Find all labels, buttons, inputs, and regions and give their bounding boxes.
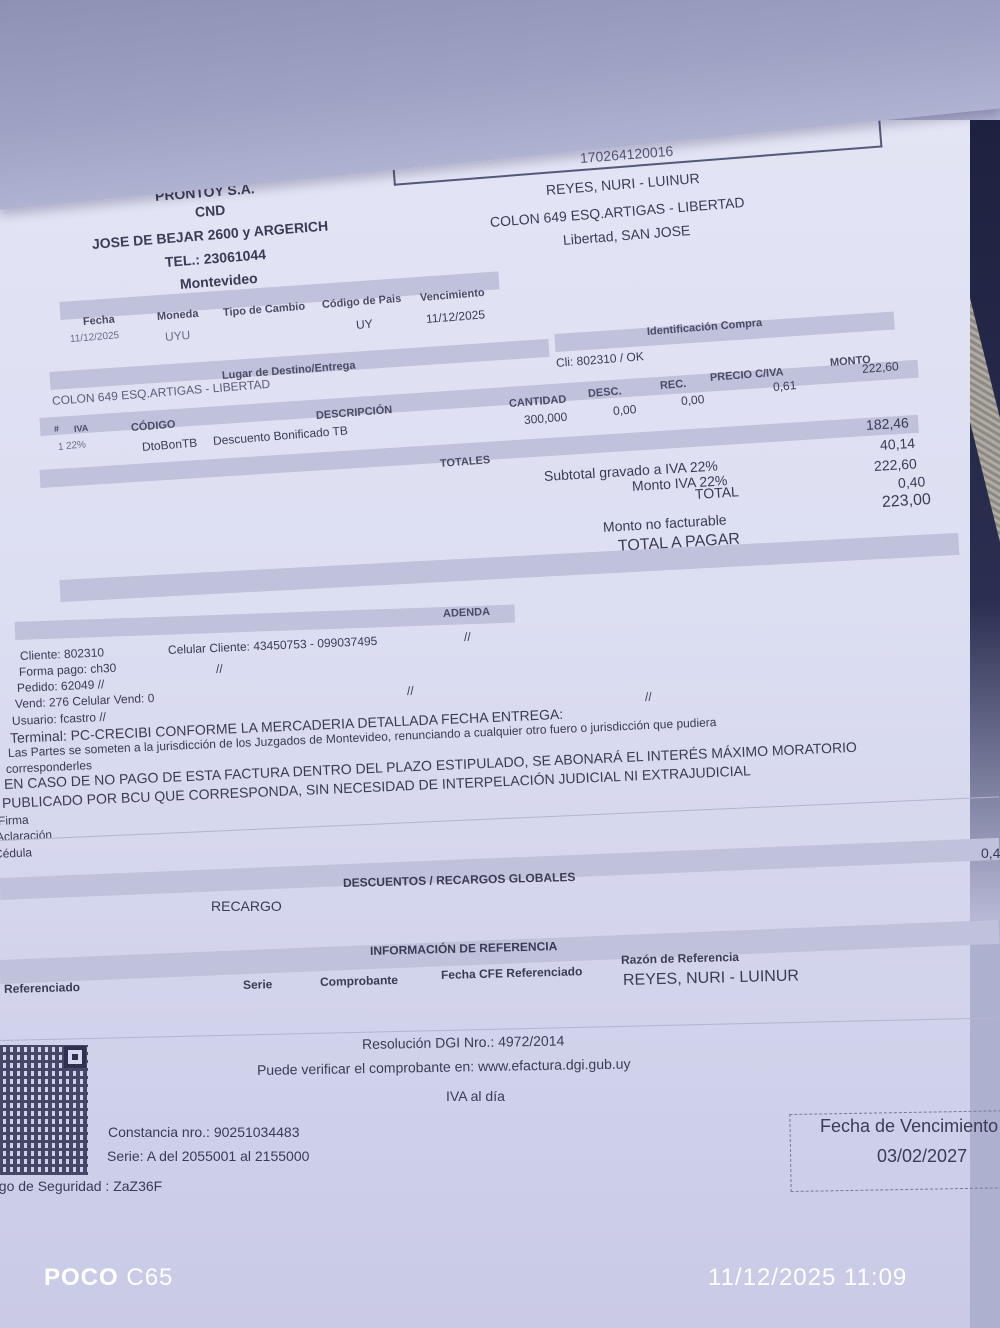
qr-code-finder <box>64 1046 86 1068</box>
adenda-aclaracion: Aclaración <box>0 828 52 844</box>
item-desc: 0,00 <box>612 402 636 418</box>
total-label-total: TOTAL <box>695 483 740 502</box>
item-cantidad: 300,000 <box>523 410 567 427</box>
issuer-cnd: CND <box>194 202 226 220</box>
adenda-cedula: Cédula <box>0 845 32 861</box>
adenda-usuario: Usuario: fcastro // <box>12 710 107 728</box>
customer-name: REYES, NURI - LUINUR <box>545 170 700 198</box>
invoice-document: 170264120016 PRONTOY S.A. CND JOSE DE BE… <box>0 0 1000 1328</box>
global-adjustments-type: RECARGO <box>211 898 282 914</box>
total-value-subtotal: 182,46 <box>866 414 910 433</box>
meta-codigo-pais-value: UY <box>355 317 373 332</box>
issuer-address: JOSE DE BEJAR 2600 y ARGERICH <box>91 217 328 252</box>
issuer-phone: TEL.: 23061044 <box>164 246 266 270</box>
camera-watermark-datetime: 11/12/2025 11:09 <box>708 1264 907 1292</box>
item-iva: 22% <box>66 439 87 452</box>
items-header-iva: IVA <box>74 423 89 434</box>
adenda-separator: // <box>464 630 471 644</box>
total-value-no-facturable: 0,40 <box>898 473 926 491</box>
meta-vencimiento-value: 11/12/2025 <box>425 307 485 326</box>
camera-model: C65 <box>126 1264 173 1291</box>
reference-col-serie: Serie <box>243 977 273 992</box>
total-value-iva: 40,14 <box>880 435 916 453</box>
item-descripcion: Descuento Bonificado TB <box>212 423 348 448</box>
footer-verify-text: Puede verificar el comprobante en: www.e… <box>257 1055 631 1078</box>
footer-resolution: Resolución DGI Nro.: 4972/2014 <box>362 1032 565 1052</box>
items-header-desc: DESC. <box>588 385 622 400</box>
footer-security-code: Código de Seguridad : ZaZ36F <box>0 1178 162 1194</box>
reference-col-comprobante: Comprobante <box>320 973 398 989</box>
reference-col-fecha-cfe: Fecha CFE Referenciado <box>441 964 583 982</box>
footer-iva-status: IVA al día <box>446 1088 505 1104</box>
footer-constancia: Constancia nro.: 90251034483 <box>108 1124 299 1140</box>
camera-watermark-device: POCO C65 <box>44 1264 173 1292</box>
adenda-separator: // <box>645 690 652 704</box>
total-value-a-pagar: 223,00 <box>881 491 931 512</box>
purchase-id-value: Cli: 802310 / OK <box>555 349 644 370</box>
reference-col-referenciado: Referenciado <box>4 980 80 996</box>
item-codigo: DtoBonTB <box>141 436 197 454</box>
items-header-codigo: CÓDIGO <box>131 419 176 434</box>
due-date-value: 03/02/2027 <box>877 1146 967 1167</box>
customer-city: Libertad, SAN JOSE <box>562 222 690 248</box>
total-value-total: 222,60 <box>874 455 918 474</box>
meta-fecha-value: 11/12/2025 <box>70 330 120 345</box>
reference-reason-value: REYES, NURI - LUINUR <box>623 967 799 990</box>
items-header-num: # <box>54 424 60 434</box>
meta-header-moneda: Moneda <box>157 308 199 323</box>
item-rec: 0,00 <box>680 392 704 408</box>
global-adjustments-header-bar <box>0 838 1000 900</box>
item-num: 1 <box>58 442 64 453</box>
item-precio: 0,61 <box>772 378 796 394</box>
adenda-header: ADENDA <box>443 606 491 620</box>
customer-address: COLON 649 ESQ.ARTIGAS - LIBERTAD <box>489 194 745 230</box>
items-header-rec: REC. <box>660 378 687 392</box>
adenda-separator: // <box>216 662 223 676</box>
meta-moneda-value: UYU <box>164 328 190 344</box>
camera-brand: POCO <box>44 1264 119 1291</box>
adenda-separator: // <box>407 684 414 698</box>
adenda-header-bar <box>15 605 515 640</box>
adenda-firma: Firma <box>0 813 29 828</box>
totals-footer-bar <box>59 533 959 602</box>
adenda-cliente: Cliente: 802310 <box>20 645 105 663</box>
due-date-label: Fecha de Vencimiento <box>820 1116 998 1137</box>
meta-header-fecha: Fecha <box>83 314 116 328</box>
item-monto: 222,60 <box>861 359 899 376</box>
footer-serie: Serie: A del 2055001 al 2155000 <box>107 1148 309 1164</box>
global-adjustments-value: 0,4 <box>981 845 1000 861</box>
totals-header: TOTALES <box>440 454 491 470</box>
reference-col-razon: Razón de Referencia <box>621 950 739 967</box>
adenda-celular-cliente: Celular Cliente: 43450753 - 099037495 <box>168 634 378 657</box>
adenda-pedido: Pedido: 62049 // <box>17 677 105 695</box>
